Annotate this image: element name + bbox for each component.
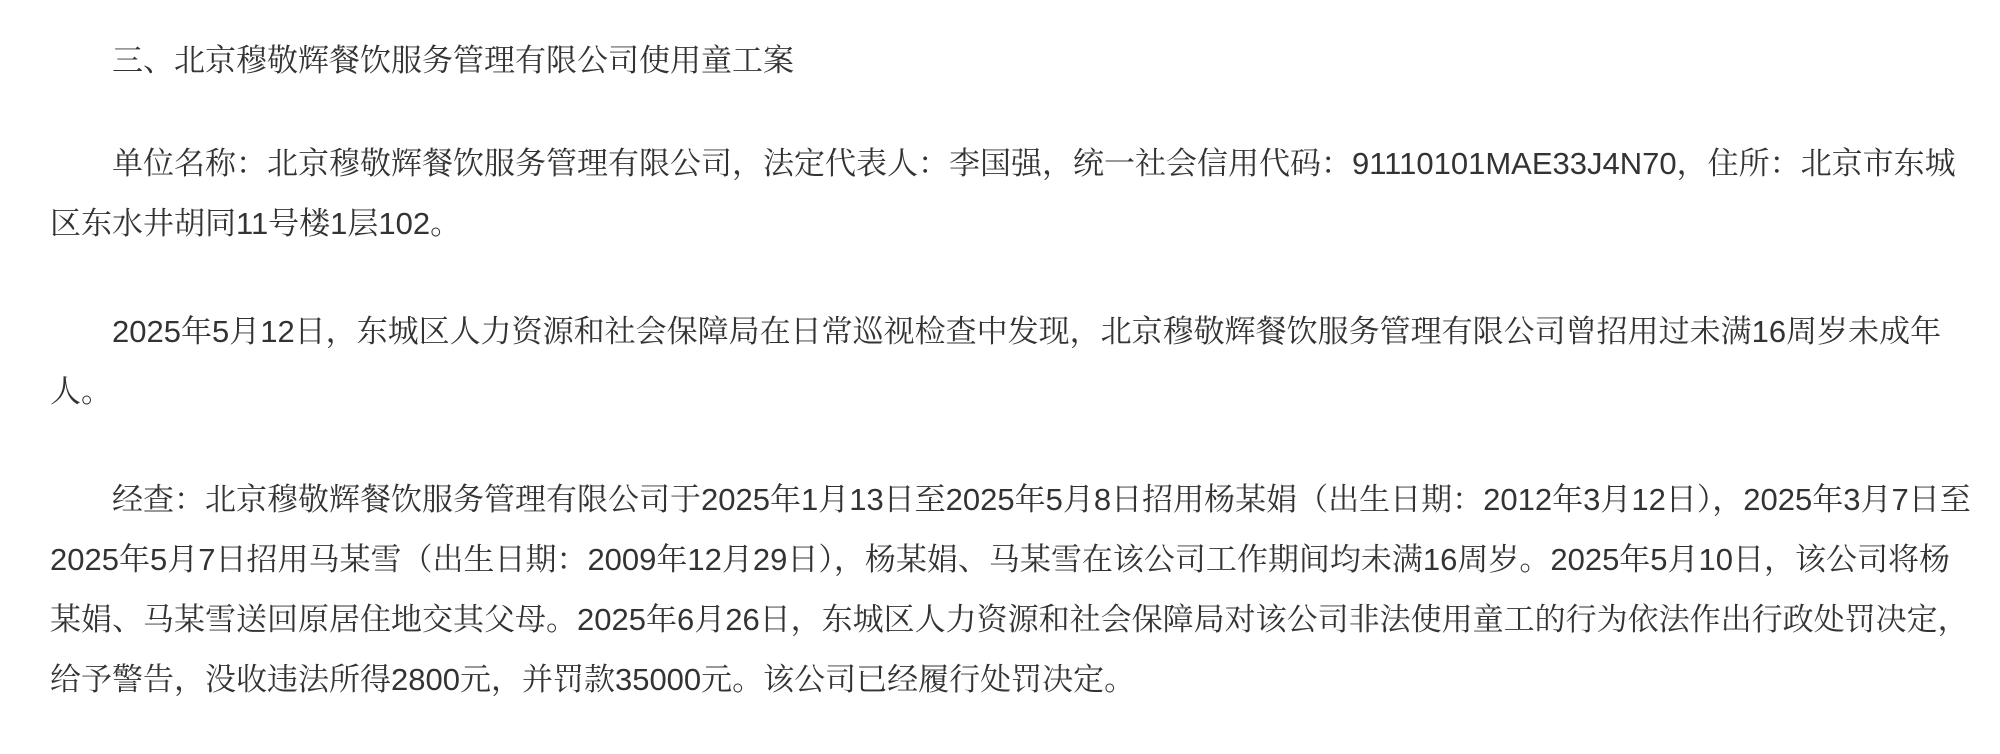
paragraph-inspection-finding: 2025年5月12日，东城区人力资源和社会保障局在日常巡视检查中发现，北京穆敬辉…	[50, 302, 1975, 422]
case-notice-document: 三、北京穆敬辉餐饮服务管理有限公司使用童工案 单位名称：北京穆敬辉餐饮服务管理有…	[0, 0, 2000, 754]
paragraph-investigation-and-penalty: 经查：北京穆敬辉餐饮服务管理有限公司于2025年1月13日至2025年5月8日招…	[50, 470, 1975, 710]
case-title: 三、北京穆敬辉餐饮服务管理有限公司使用童工案	[50, 31, 1975, 91]
paragraph-company-info: 单位名称：北京穆敬辉餐饮服务管理有限公司，法定代表人：李国强，统一社会信用代码：…	[50, 134, 1975, 254]
